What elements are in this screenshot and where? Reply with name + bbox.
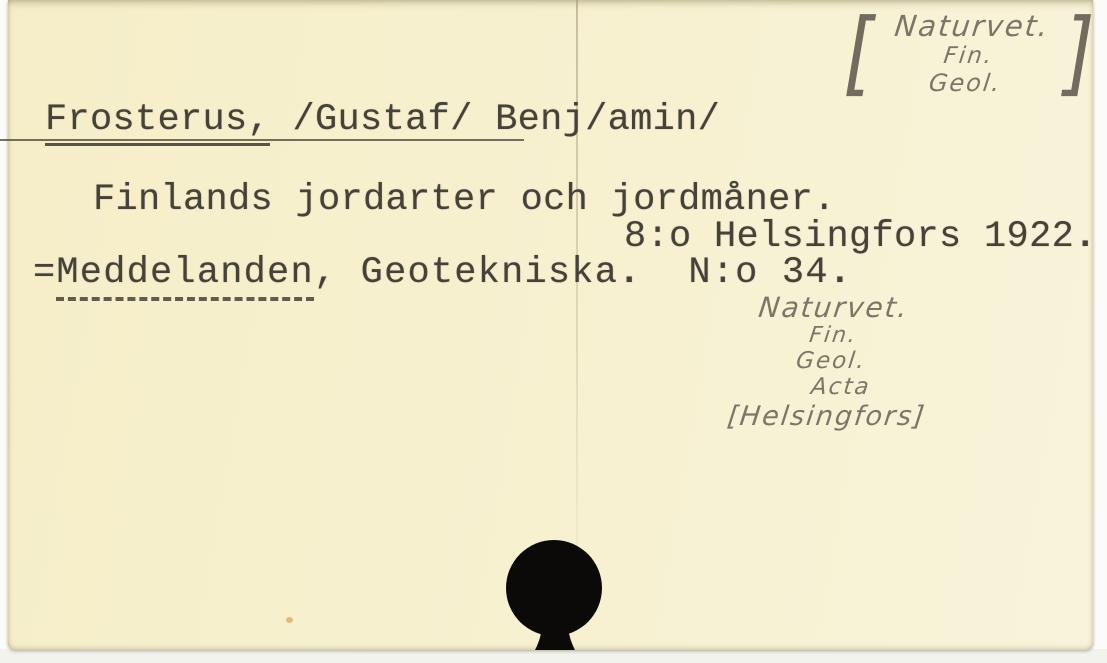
classmark-line: Naturvet. [881, 10, 1063, 43]
classmark-line: Geol. [707, 348, 1050, 374]
imprint-line: 8:o Helsingfors 1922. [624, 219, 1093, 256]
classmark-lines: Naturvet. Fin. Geol. [875, 4, 1064, 97]
series-period: . [829, 252, 852, 294]
series-prefix: = [33, 252, 56, 294]
scan-bottom-margin [0, 649, 1107, 663]
paper-speck [286, 617, 293, 623]
series-title: Meddelanden [56, 252, 313, 301]
classmark-line: Naturvet. [713, 292, 1057, 323]
series-period: . [618, 252, 641, 294]
catalog-card: [ Naturvet. Fin. Geol. ] Frosterus, /Gus… [8, 0, 1093, 650]
punch-hole [502, 538, 606, 650]
author-forenames: /Gustaf/ Benj/amin/ [270, 99, 720, 141]
series-number: N:o 34 [642, 252, 829, 294]
classmark-line: Fin. [710, 323, 1053, 348]
series-middle: , Geotekniska [314, 252, 618, 294]
classmark-line: [Helsingfors] [699, 400, 1043, 434]
classmark-line: Geol. [875, 69, 1056, 97]
heading-rule [0, 139, 524, 141]
scanned-catalog-card-image: [ Naturvet. Fin. Geol. ] Frosterus, /Gus… [0, 0, 1107, 663]
top-right-classmark: [ Naturvet. Fin. Geol. ] [838, 4, 1093, 102]
series-line: =Meddelanden, Geotekniska. N:o 34. [33, 255, 852, 292]
classmark-line: Fin. [878, 43, 1059, 69]
title-line: Finlands jordarter och jordmåner. [93, 182, 836, 219]
author-heading: Frosterus, /Gustaf/ Benj/amin/ [45, 102, 720, 139]
classmark-line: Acta [703, 374, 1046, 400]
imprint-period: . [1074, 216, 1093, 258]
lower-classmark: Naturvet. Fin. Geol. Acta [Helsingfors] [699, 292, 1056, 434]
